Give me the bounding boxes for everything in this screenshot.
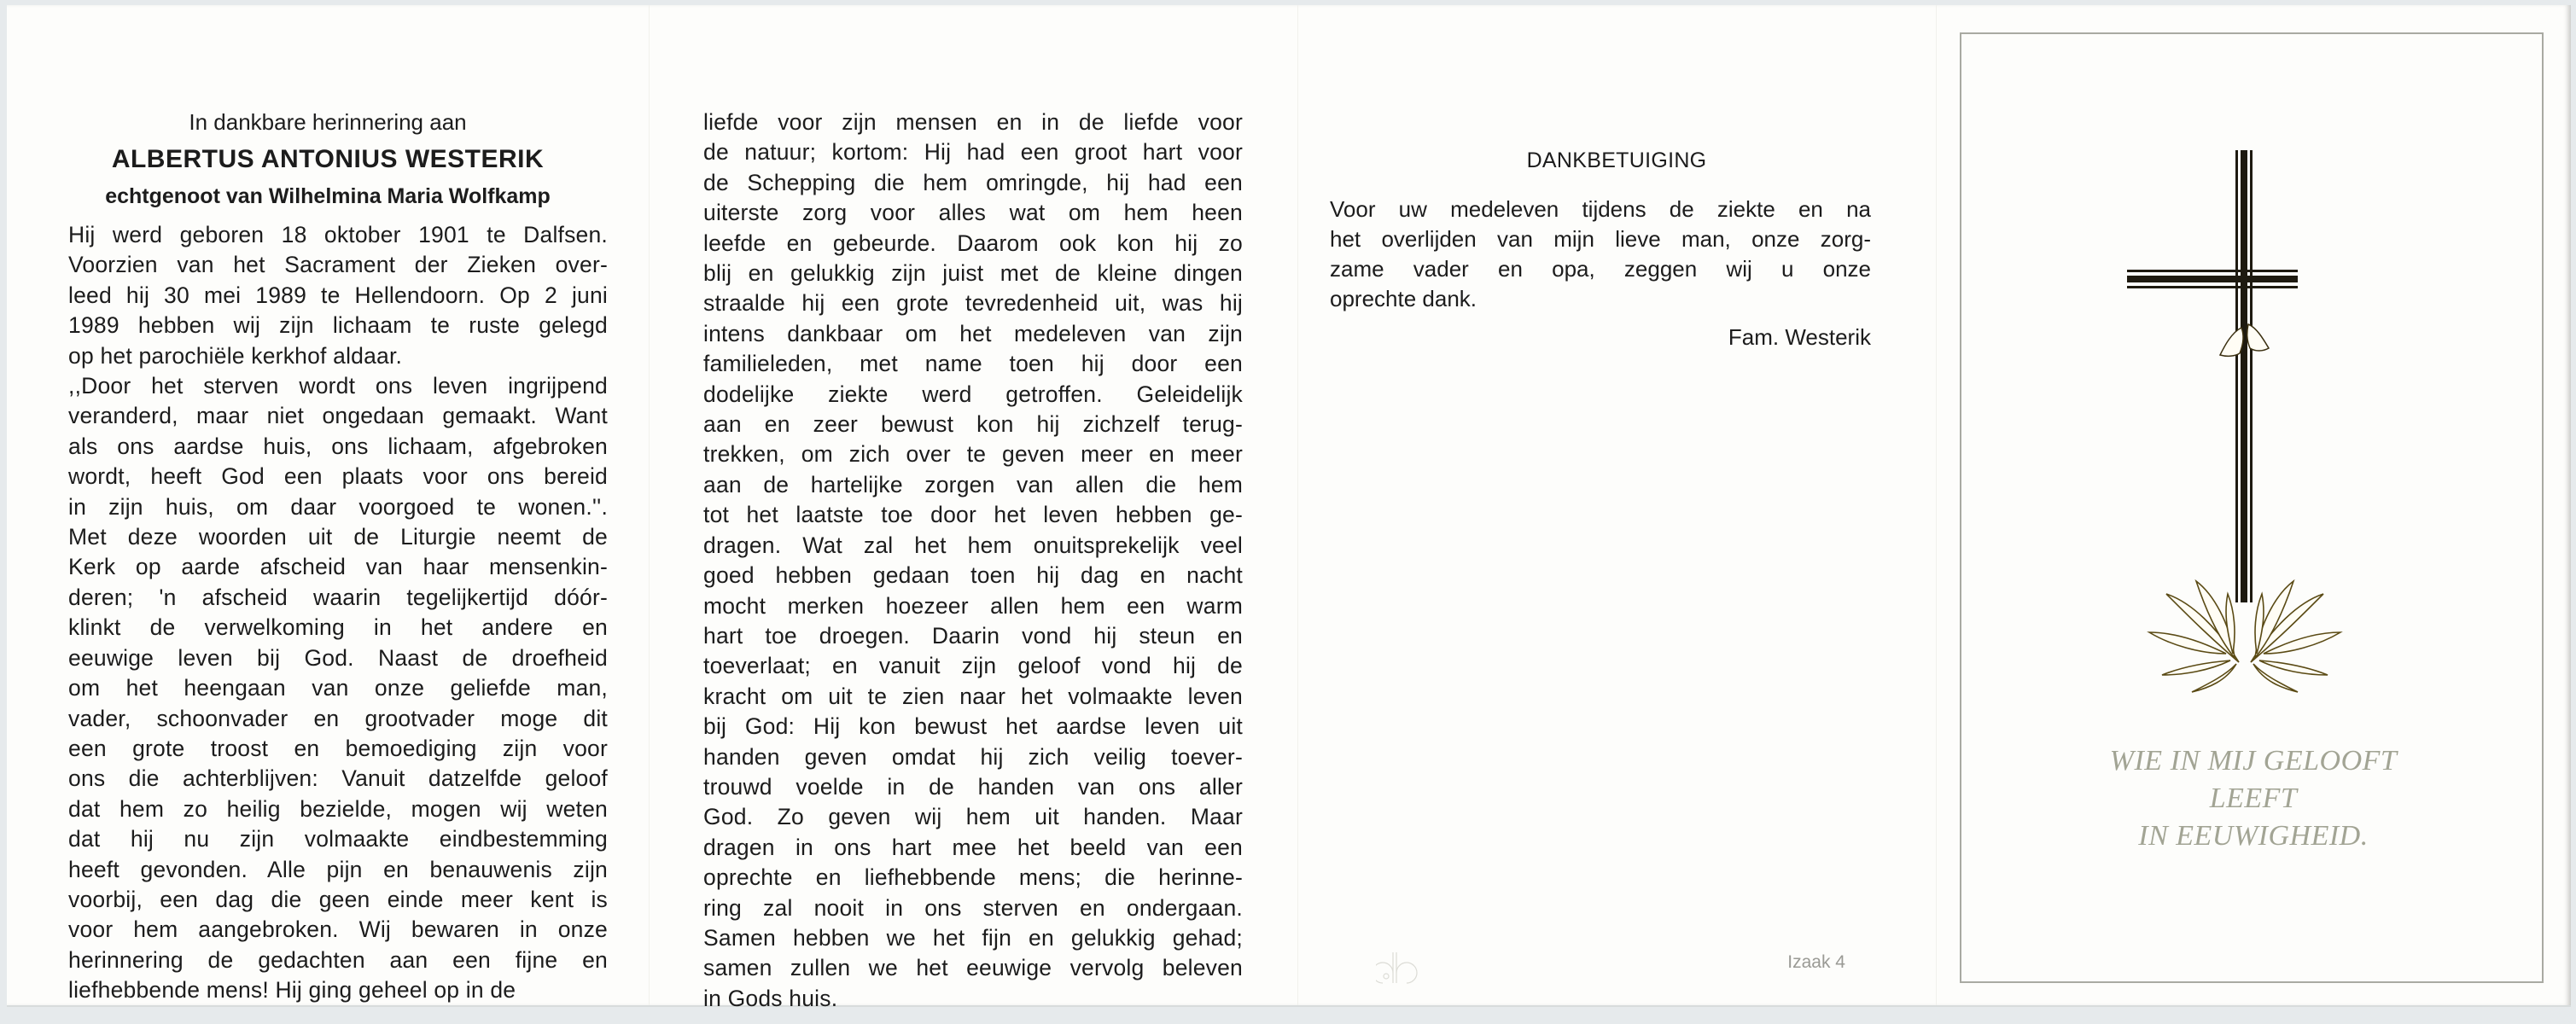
- text-line: kracht om uit te zien naar het volmaakte…: [703, 682, 1243, 712]
- panel-reflection: liefde voor zijn mensen en in de liefde …: [649, 5, 1297, 1005]
- text-line: Hij werd geboren 18 oktober 1901 te Dalf…: [68, 220, 608, 250]
- text-line: in Gods huis.: [703, 984, 1243, 1014]
- text-line: aan en zeer bewust kon hij zichzelf teru…: [703, 410, 1243, 439]
- text-line: in zijn huis, om daar voorgoed te wonen.…: [68, 492, 608, 522]
- text-line: liefhebbende mens! Hij ging geheel op in…: [68, 975, 608, 1005]
- text-line: goed hebben gedaan toen hij dag en nacht: [703, 561, 1243, 591]
- deceased-name: ALBERTUS ANTONIUS WESTERIK: [7, 145, 649, 174]
- text-line: voorbij, een dag die geen einde meer ken…: [68, 885, 608, 915]
- text-line: dodelijke ziekte werd getroffen. Geleide…: [703, 380, 1243, 410]
- text-line: voor hem aangebroken. Wij bewaren in onz…: [68, 915, 608, 945]
- text-line: trekken, om zich over te geven meer en m…: [703, 439, 1243, 469]
- text-line: aan de hartelijke zorgen van allen die h…: [703, 470, 1243, 500]
- text-line: Met deze woorden uit de Liturgie neemt d…: [68, 522, 608, 552]
- text-line: dat hem zo heilig bezielde, mogen wij we…: [68, 794, 608, 824]
- text-line: bij God: Hij kon bewust het aardse leven…: [703, 712, 1243, 742]
- text-line: vader, schoonvader en grootvader moge di…: [68, 704, 608, 734]
- spouse-line: echtgenoot van Wilhelmina Maria Wolfkamp: [7, 184, 649, 209]
- text-line: leefde en gebeurde. Daarom ook kon hij z…: [703, 229, 1243, 259]
- text-line: deren; 'n afscheid waarin tegelijkertijd…: [68, 583, 608, 613]
- text-line: wordt, heeft God een plaats voor ons ber…: [68, 462, 608, 492]
- text-line: blij en gelukkig zijn juist met de klein…: [703, 259, 1243, 288]
- text-line: mocht merken hoezeer allen hem een warm: [703, 591, 1243, 621]
- thanks-text: Voor uw medeleven tijdens de ziekte en n…: [1330, 195, 1871, 314]
- text-line: familieleden, met name toen hij door een: [703, 349, 1243, 379]
- text-line: handen geven omdat hij zich veilig toeve…: [703, 742, 1243, 772]
- text-line: herinnering de gedachten aan een fijne e…: [68, 945, 608, 975]
- text-line: op het parochiële kerkhof aldaar.: [68, 341, 608, 371]
- text-line: de Schepping die hem omringde, hij had e…: [703, 168, 1243, 198]
- text-line: ons die achterblijven: Vanuit datzelfde …: [68, 764, 608, 794]
- text-line: Voor uw medeleven tijdens de ziekte en n…: [1330, 195, 1871, 224]
- text-line: tot het laatste toe door het leven hebbe…: [703, 500, 1243, 530]
- text-line: om het heengaan van onze geliefde man,: [68, 673, 608, 703]
- text-line: Kerk op aarde afscheid van haar mensenki…: [68, 552, 608, 582]
- motto-line: WIE IN MIJ GELOOFT: [1936, 742, 2571, 780]
- text-line: leed hij 30 mei 1989 te Hellendoorn. Op …: [68, 281, 608, 311]
- motto-line: IN EEUWIGHEID.: [1936, 817, 2571, 855]
- cover-motto: WIE IN MIJ GELOOFT LEEFT IN EEUWIGHEID.: [1936, 742, 2571, 855]
- panel-biography: In dankbare herinnering aan ALBERTUS ANT…: [7, 5, 649, 1005]
- text-line: Voorzien van het Sacrament der Zieken ov…: [68, 250, 608, 280]
- text-line: dragen. Wat zal het hem onuitsprekelijk …: [703, 531, 1243, 561]
- text-line: straalde hij een grote tevredenheid uit,…: [703, 288, 1243, 318]
- signature: Fam. Westerik: [1728, 324, 1871, 351]
- text-line: oprechte dank.: [1330, 284, 1871, 314]
- memorial-card: In dankbare herinnering aan ALBERTUS ANT…: [7, 5, 2571, 1007]
- card-code: Izaak 4: [1787, 952, 1845, 973]
- text-line: hart toe droegen. Daarin vond hij steun …: [703, 621, 1243, 651]
- text-line: ring zal nooit in ons sterven en onderga…: [703, 893, 1243, 923]
- text-line: zame vader en opa, zeggen wij u onze: [1330, 254, 1871, 284]
- panel-thanks: DANKBETUIGING Voor uw medeleven tijdens …: [1297, 5, 1936, 1005]
- text-line: uiterste zorg voor alles wat om hem heen: [703, 198, 1243, 228]
- text-line: 1989 hebben wij zijn lichaam te ruste ge…: [68, 311, 608, 340]
- printer-monogram-icon: [1332, 951, 1460, 993]
- text-line: eeuwige leven bij God. Naast de droefhei…: [68, 643, 608, 673]
- text-line: heeft gevonden. Alle pijn en benauwenis …: [68, 855, 608, 885]
- text-line: toeverlaat; en vanuit zijn geloof vond h…: [703, 651, 1243, 681]
- intro-text: In dankbare herinnering aan: [7, 109, 649, 136]
- reflection-text: liefde voor zijn mensen en in de liefde …: [703, 108, 1243, 1014]
- text-line: dat hij nu zijn volmaakte eindbestemming: [68, 824, 608, 854]
- text-line: trouwd voelde in de handen van ons aller: [703, 772, 1243, 802]
- thanks-title: DANKBETUIGING: [1297, 148, 1936, 173]
- text-line: liefde voor zijn mensen en in de liefde …: [703, 108, 1243, 137]
- panel-cover: WIE IN MIJ GELOOFT LEEFT IN EEUWIGHEID.: [1936, 5, 2571, 1005]
- biography-text: Hij werd geboren 18 oktober 1901 te Dalf…: [68, 220, 608, 1006]
- text-line: ,,Door het sterven wordt ons leven ingri…: [68, 371, 608, 401]
- text-line: klinkt de verwelkoming in het andere en: [68, 613, 608, 643]
- text-line: dragen in ons hart mee het beeld van een: [703, 833, 1243, 863]
- text-line: het overlijden van mijn lieve man, onze …: [1330, 224, 1871, 254]
- motto-line: LEEFT: [1936, 780, 2571, 817]
- text-line: oprechte en liefhebbende mens; die herin…: [703, 863, 1243, 893]
- text-line: intens dankbaar om het medeleven van zij…: [703, 319, 1243, 349]
- text-line: als ons aardse huis, ons lichaam, afgebr…: [68, 432, 608, 462]
- text-line: de natuur; kortom: Hij had een groot har…: [703, 137, 1243, 167]
- text-line: God. Zo geven wij hem uit handen. Maar: [703, 802, 1243, 832]
- cross-with-bellflowers-and-laurel-icon: [1936, 5, 2571, 1005]
- text-line: veranderd, maar niet ongedaan gemaakt. W…: [68, 401, 608, 431]
- text-line: samen zullen we het eeuwige vervolg bele…: [703, 953, 1243, 983]
- text-line: Samen hebben we het fijn en gelukkig geh…: [703, 923, 1243, 953]
- text-line: een grote troost en bemoediging zijn voo…: [68, 734, 608, 764]
